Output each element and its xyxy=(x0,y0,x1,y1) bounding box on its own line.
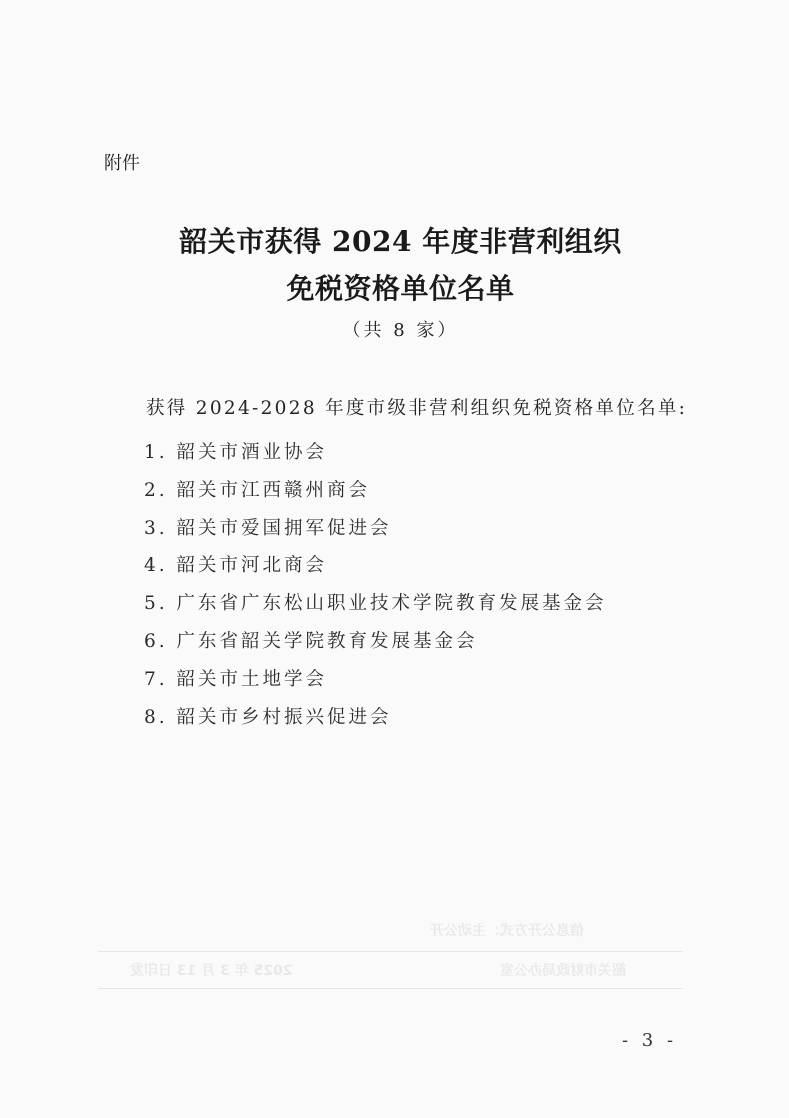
list-item: 7. 韶关市土地学会 xyxy=(144,661,607,699)
list-item: 3. 韶关市爱国拥军促进会 xyxy=(144,510,607,548)
bleed-through-text: 韶关市财政局办公室 xyxy=(500,960,626,980)
list-item: 2. 韶关市江西赣州商会 xyxy=(144,472,607,510)
attachment-label: 附件 xyxy=(104,149,140,175)
document-page: 附件 韶关市获得 2024 年度非营利组织 免税资格单位名单 （共 8 家） 获… xyxy=(0,0,789,1118)
list-item: 1. 韶关市酒业协会 xyxy=(144,434,607,472)
list-item: 4. 韶关市河北商会 xyxy=(144,547,607,585)
organization-list: 1. 韶关市酒业协会 2. 韶关市江西赣州商会 3. 韶关市爱国拥军促进会 4.… xyxy=(144,434,607,736)
page-number: - 3 - xyxy=(622,1030,677,1051)
count-note: （共 8 家） xyxy=(6,316,789,342)
list-item: 5. 广东省广东松山职业技术学院教育发展基金会 xyxy=(144,585,607,623)
bleed-through-rule xyxy=(98,988,683,989)
list-item: 8. 韶关市乡村振兴促进会 xyxy=(144,699,607,737)
document-title-line1: 韶关市获得 2024 年度非营利组织 xyxy=(6,220,789,260)
list-intro: 获得 2024-2028 年度市级非营利组织免税资格单位名单: xyxy=(146,394,687,420)
list-item: 6. 广东省韶关学院教育发展基金会 xyxy=(144,623,607,661)
bleed-through-rule xyxy=(98,951,683,952)
bleed-through-text: 信息公开方式：主动公开 xyxy=(430,920,584,940)
bleed-through-text: 2025 年 3 月 13 日印发 xyxy=(130,960,293,980)
document-title-line2: 免税资格单位名单 xyxy=(6,267,789,307)
